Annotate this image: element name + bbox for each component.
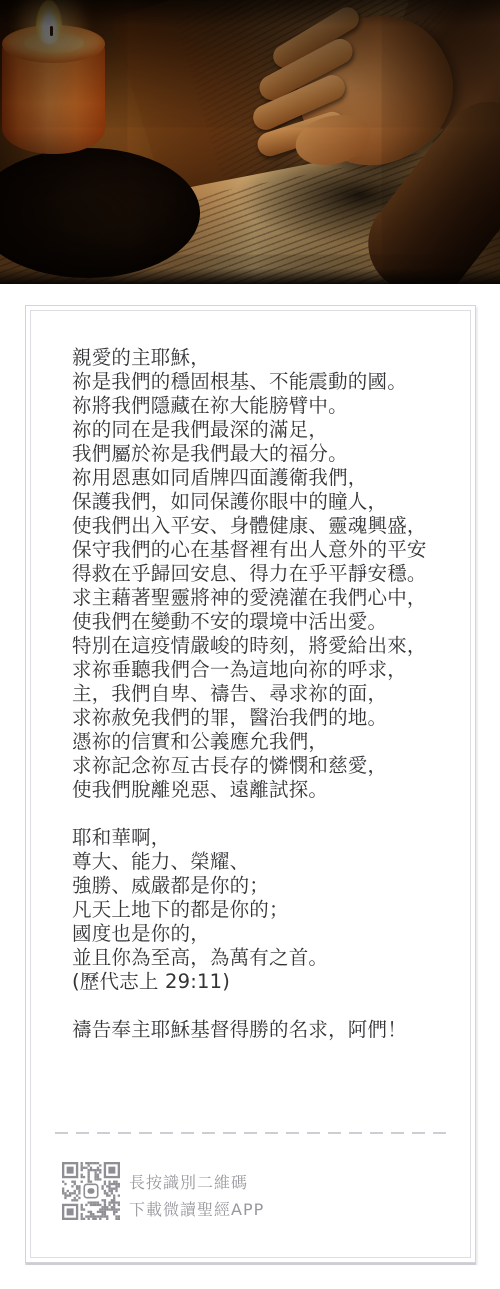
prayer-line: 祢將我們隱藏在祢大能膀臂中。 xyxy=(72,394,452,418)
prayer-line: 求祢記念祢亙古長存的憐憫和慈愛， xyxy=(72,754,452,778)
qr-code[interactable] xyxy=(62,1162,120,1220)
prayer-line: 使我們在變動不安的環境中活出愛。 xyxy=(72,610,452,634)
dashed-divider xyxy=(55,1132,447,1134)
prayer-line: 禱告奉主耶穌基督得勝的名求，阿們！ xyxy=(72,1018,452,1042)
prayer-line: 祢的同在是我們最深的滿足， xyxy=(72,418,452,442)
prayer-paragraph: 禱告奉主耶穌基督得勝的名求，阿們！ xyxy=(72,1018,452,1042)
prayer-line: 親愛的主耶穌， xyxy=(72,346,452,370)
prayer-card-inner-border: 親愛的主耶穌，祢是我們的穩固根基、不能震動的國。祢將我們隱藏在祢大能膀臂中。祢的… xyxy=(30,310,471,1258)
prayer-line: 使我們脫離兇惡、遠離試探。 xyxy=(72,778,452,802)
prayer-line: 祢是我們的穩固根基、不能震動的國。 xyxy=(72,370,452,394)
prayer-line: 尊大、能力、榮耀、 xyxy=(72,850,452,874)
prayer-line: 耶和華啊， xyxy=(72,826,452,850)
prayer-line: 求祢赦免我們的罪，醫治我們的地。 xyxy=(72,706,452,730)
prayer-paragraph: 親愛的主耶穌，祢是我們的穩固根基、不能震動的國。祢將我們隱藏在祢大能膀臂中。祢的… xyxy=(72,346,452,802)
prayer-line: 求祢垂聽我們合一為這地向祢的呼求， xyxy=(72,658,452,682)
prayer-line: 保守我們的心在基督裡有出人意外的平安 xyxy=(72,538,452,562)
prayer-line: 得救在乎歸回安息、得力在乎平靜安穩。 xyxy=(72,562,452,586)
footer: 長按識別二維碼 下載微讀聖經APP xyxy=(62,1162,264,1223)
photo-bottom-shade xyxy=(0,268,500,284)
prayer-line: 國度也是你的， xyxy=(72,922,452,946)
prayer-card: 親愛的主耶穌，祢是我們的穩固根基、不能震動的國。祢將我們隱藏在祢大能膀臂中。祢的… xyxy=(25,305,476,1263)
prayer-line: 使我們出入平安、身體健康、靈魂興盛， xyxy=(72,514,452,538)
prayer-line: 主，我們自卑、禱告、尋求祢的面， xyxy=(72,682,452,706)
prayer-line: (歷代志上 29:11) xyxy=(72,970,452,994)
footer-line-scan: 長按識別二維碼 xyxy=(129,1169,264,1196)
header-photo xyxy=(0,0,500,284)
prayer-line: 憑祢的信實和公義應允我們， xyxy=(72,730,452,754)
prayer-line: 祢用恩惠如同盾牌四面護衛我們， xyxy=(72,466,452,490)
footer-text: 長按識別二維碼 下載微讀聖經APP xyxy=(129,1162,264,1223)
prayer-paragraph: 耶和華啊，尊大、能力、榮耀、強勝、威嚴都是你的；凡天上地下的都是你的；國度也是你… xyxy=(72,826,452,994)
prayer-line: 求主藉著聖靈將神的愛澆灌在我們心中， xyxy=(72,586,452,610)
prayer-share-card: 親愛的主耶穌，祢是我們的穩固根基、不能震動的國。祢將我們隱藏在祢大能膀臂中。祢的… xyxy=(0,0,500,1289)
photo-vignette xyxy=(0,0,500,284)
prayer-line: 特別在這疫情嚴峻的時刻，將愛給出來， xyxy=(72,634,452,658)
prayer-line: 凡天上地下的都是你的； xyxy=(72,898,452,922)
footer-line-download: 下載微讀聖經APP xyxy=(129,1196,264,1223)
photo-top-shade xyxy=(0,0,500,26)
prayer-line: 並且你為至高，為萬有之首。 xyxy=(72,946,452,970)
prayer-line: 保護我們，如同保護你眼中的瞳人， xyxy=(72,490,452,514)
prayer-line: 強勝、威嚴都是你的； xyxy=(72,874,452,898)
prayer-text: 親愛的主耶穌，祢是我們的穩固根基、不能震動的國。祢將我們隱藏在祢大能膀臂中。祢的… xyxy=(72,346,452,1042)
prayer-line: 我們屬於祢是我們最大的福分。 xyxy=(72,442,452,466)
